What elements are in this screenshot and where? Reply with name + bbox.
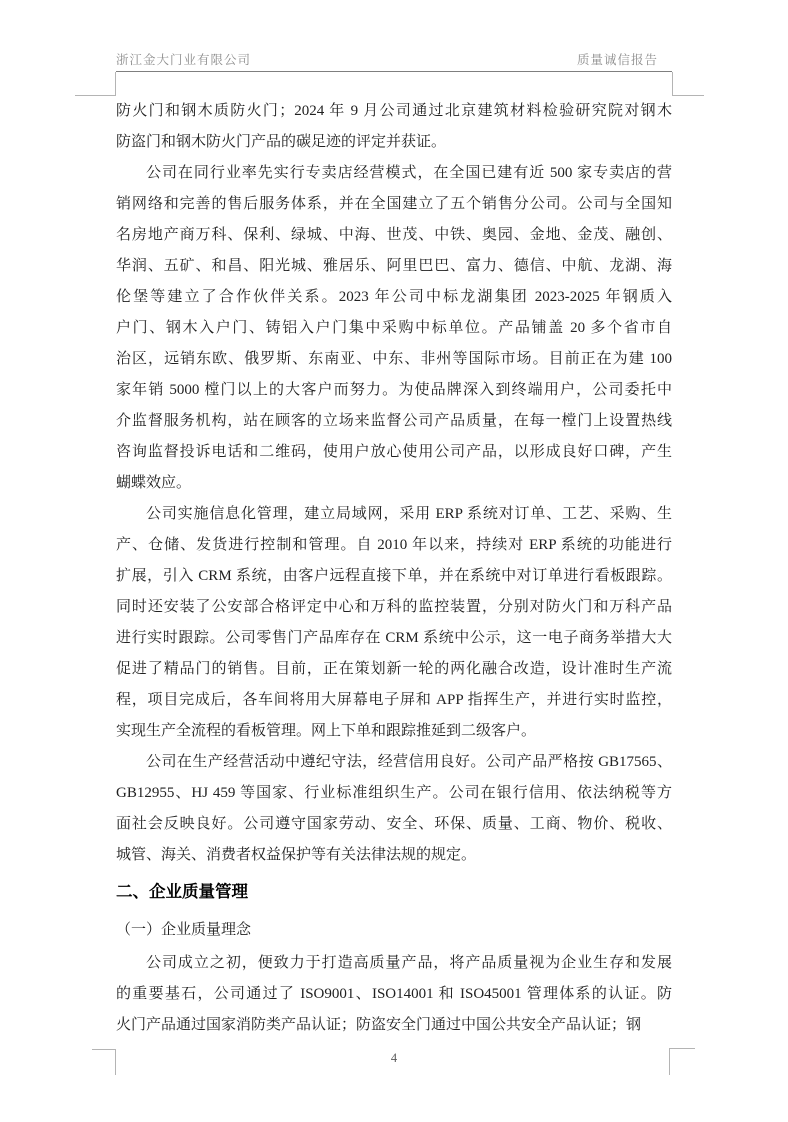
text-line: 治区，远销东欧、俄罗斯、东南亚、中东、非州等国际市场。目前正在为建 100	[116, 344, 672, 375]
paragraph: 公司成立之初，便致力于打造高质量产品，将产品质量视为企业生存和发展的重要基石，公…	[116, 948, 672, 1041]
text-line: 防火门和钢木质防火门；2024 年 9 月公司通过北京建筑材料检验研究院对钢木	[116, 96, 672, 127]
text-line: 促进了精品门的销售。目前，正在策划新一轮的两化融合改造，设计准时生产流	[116, 654, 672, 685]
page-header: 浙江金大门业有限公司 质量诚信报告	[116, 51, 672, 72]
header-company-name: 浙江金大门业有限公司	[116, 50, 251, 68]
text-line: 的重要基石，公司通过了 ISO9001、ISO14001 和 ISO45001 …	[116, 979, 672, 1010]
text-line: 扩展，引入 CRM 系统，由客户远程直接下单，并在系统中对订单进行看板跟踪。	[116, 561, 672, 592]
text-line: 蝴蝶效应。	[116, 468, 672, 499]
page-number: 4	[391, 1051, 397, 1065]
text-line: 家年销 5000 樘门以上的大客户而努力。为使品牌深入到终端用户，公司委托中	[116, 375, 672, 406]
text-line: 名房地产商万科、保利、绿城、中海、世茂、中铁、奥园、金地、金茂、融创、	[116, 220, 672, 251]
text-line: 公司实施信息化管理，建立局域网，采用 ERP 系统对订单、工艺、采购、生	[116, 499, 672, 530]
text-line: GB12955、HJ 459 等国家、行业标准组织生产。公司在银行信用、依法纳税…	[116, 778, 672, 809]
text-line: 公司成立之初，便致力于打造高质量产品，将产品质量视为企业生存和发展	[116, 948, 672, 979]
page-footer: 4	[0, 1051, 788, 1066]
text-line: 伦堡等建立了合作伙伴关系。2023 年公司中标龙湖集团 2023-2025 年钢…	[116, 282, 672, 313]
crop-mark-top-left	[75, 72, 116, 96]
crop-mark-top-right	[672, 72, 704, 96]
text-line: 进行实时跟踪。公司零售门产品库存在 CRM 系统中公示，这一电子商务举措大大	[116, 623, 672, 654]
text-line: 程，项目完成后，各车间将用大屏幕电子屏和 APP 指挥生产，并进行实时监控，	[116, 685, 672, 716]
document-page: 浙江金大门业有限公司 质量诚信报告 防火门和钢木质防火门；2024 年 9 月公…	[0, 0, 788, 1122]
text-line: 同时还安装了公安部合格评定中心和万科的监控装置，分别对防火门和万科产品	[116, 592, 672, 623]
paragraph: 公司实施信息化管理，建立局域网，采用 ERP 系统对订单、工艺、采购、生产、仓储…	[116, 499, 672, 747]
text-line: 华润、五矿、和昌、阳光城、雅居乐、阿里巴巴、富力、德信、中航、龙湖、海	[116, 251, 672, 282]
header-report-title: 质量诚信报告	[577, 50, 658, 68]
text-line: 销网络和完善的售后服务体系，并在全国建立了五个销售分公司。公司与全国知	[116, 189, 672, 220]
section-heading: 二、企业质量管理	[116, 876, 672, 907]
text-line: 公司在同行业率先实行专卖店经营模式，在全国已建有近 500 家专卖店的营	[116, 158, 672, 189]
text-line: 户门、钢木入户门、铸铝入户门集中采购中标单位。产品铺盖 20 多个省市自	[116, 313, 672, 344]
text-line: 面社会反映良好。公司遵守国家劳动、安全、环保、质量、工商、物价、税收、	[116, 809, 672, 840]
paragraph: 公司在同行业率先实行专卖店经营模式，在全国已建有近 500 家专卖店的营销网络和…	[116, 158, 672, 499]
text-line: 公司在生产经营活动中遵纪守法，经营信用良好。公司产品严格按 GB17565、	[116, 747, 672, 778]
text-line: 火门产品通过国家消防类产品认证；防盗安全门通过中国公共安全产品认证；钢	[116, 1010, 672, 1041]
paragraph: 公司在生产经营活动中遵纪守法，经营信用良好。公司产品严格按 GB17565、GB…	[116, 747, 672, 871]
text-line: 介监督服务机构，站在顾客的立场来监督公司产品质量，在每一樘门上设置热线	[116, 406, 672, 437]
paragraph: 防火门和钢木质防火门；2024 年 9 月公司通过北京建筑材料检验研究院对钢木防…	[116, 96, 672, 158]
text-line: 实现生产全流程的看板管理。网上下单和跟踪推延到二级客户。	[116, 716, 672, 747]
subsection-heading: （一）企业质量理念	[116, 915, 672, 946]
text-line: 产、仓储、发货进行控制和管理。自 2010 年以来，持续对 ERP 系统的功能进…	[116, 530, 672, 561]
text-line: 咨询监督投诉电话和二维码，使用户放心使用公司产品，以形成良好口碑，产生	[116, 437, 672, 468]
text-line: 城管、海关、消费者权益保护等有关法律法规的规定。	[116, 840, 672, 871]
text-line: 防盗门和钢木防火门产品的碳足迹的评定并获证。	[116, 127, 672, 158]
document-body: 防火门和钢木质防火门；2024 年 9 月公司通过北京建筑材料检验研究院对钢木防…	[116, 96, 672, 1041]
